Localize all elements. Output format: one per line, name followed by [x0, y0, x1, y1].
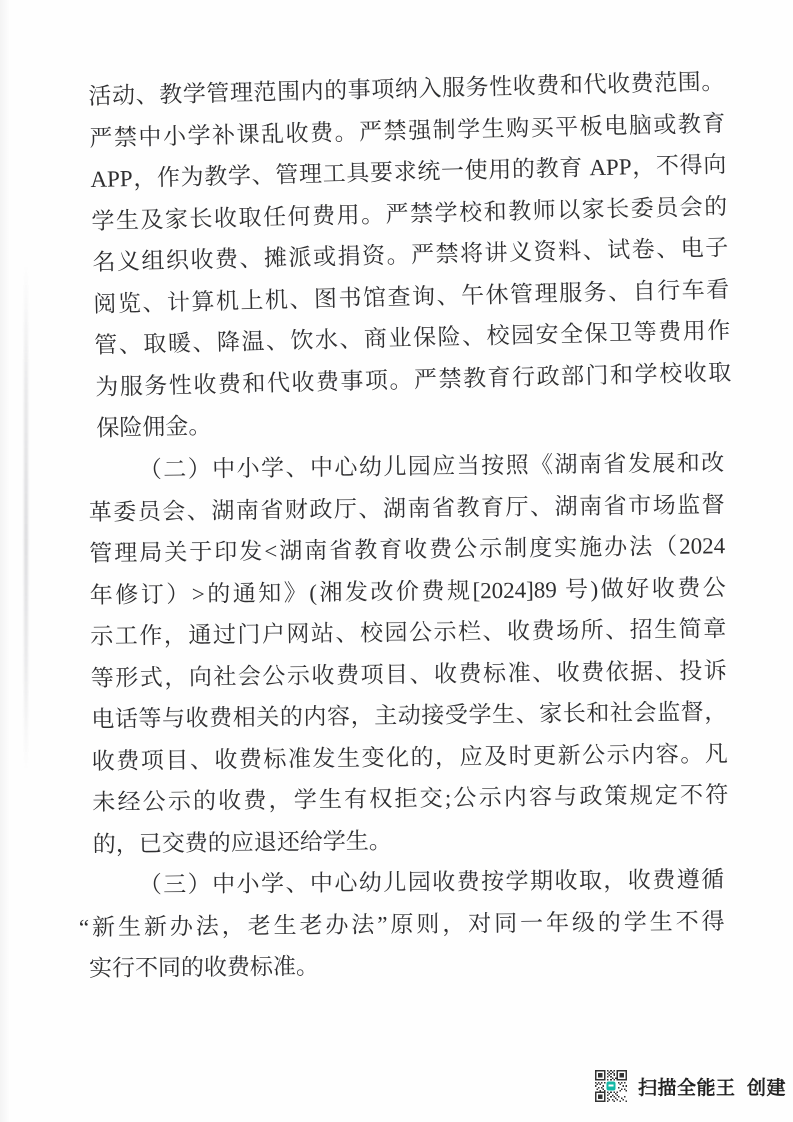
text-line: 电话等与收费相关的内容，主动接受学生、家长和社会监督， — [91, 691, 727, 740]
scanned-page: 活动、教学管理范围内的事项纳入服务性收费和代收费范围。严禁中小学补课乱收费。严禁… — [0, 0, 793, 1122]
text-line: 管理局关于印发<湖南省教育收费公示制度实施办法（2024 — [89, 525, 725, 574]
paragraph: （三）中小学、中心幼儿园收费按学期收取，收费遵循“新生新办法，老生老办法”原则，… — [88, 858, 725, 989]
text-line: （三）中小学、中心幼儿园收费按学期收取，收费遵循 — [88, 858, 724, 906]
text-line: 收费项目、收费标准发生变化的，应及时更新公示内容。凡 — [92, 732, 728, 781]
paragraph: （二）中小学、中心幼儿园应当按照《湖南省发展和改革委员会、湖南省财政厅、湖南省教… — [88, 442, 729, 865]
text-line: 革委员会、湖南省财政厅、湖南省教育厅、湖南省市场监督 — [89, 483, 725, 532]
text-line: 等形式，向社会公示收费项目、收费标准、收费依据、投诉 — [91, 649, 727, 698]
paragraph: 活动、教学管理范围内的事项纳入服务性收费和代收费范围。严禁中小学补课乱收费。严禁… — [88, 61, 733, 449]
text-line: 示工作，通过门户网站、校园公示栏、收费场所、招生简章 — [90, 608, 726, 657]
qr-code-icon — [595, 1070, 627, 1102]
document-body: 活动、教学管理范围内的事项纳入服务性收费和代收费范围。严禁中小学补课乱收费。严禁… — [88, 76, 724, 989]
text-line: 年修订）>的通知》(湘发改价费规[2024]89 号)做好收费公 — [90, 566, 726, 615]
paper-crease — [24, 265, 28, 770]
scan-edge-shadow — [0, 0, 10, 1122]
camscanner-label: 扫描全能王 创建 — [638, 1073, 786, 1100]
text-line: 未经公示的收费，学生有权拒交;公示内容与政策规定不符 — [92, 774, 728, 823]
text-line: （二）中小学、中心幼儿园应当按照《湖南省发展和改 — [88, 442, 724, 491]
text-line: 实行不同的收费标准。 — [89, 941, 725, 989]
camscanner-watermark: 扫描全能王 创建 — [595, 1070, 786, 1102]
text-line: 的，已交费的应退还给学生。 — [93, 815, 729, 864]
text-line: “新生新办法，老生老办法”原则，对同一年级的学生不得 — [88, 900, 724, 948]
